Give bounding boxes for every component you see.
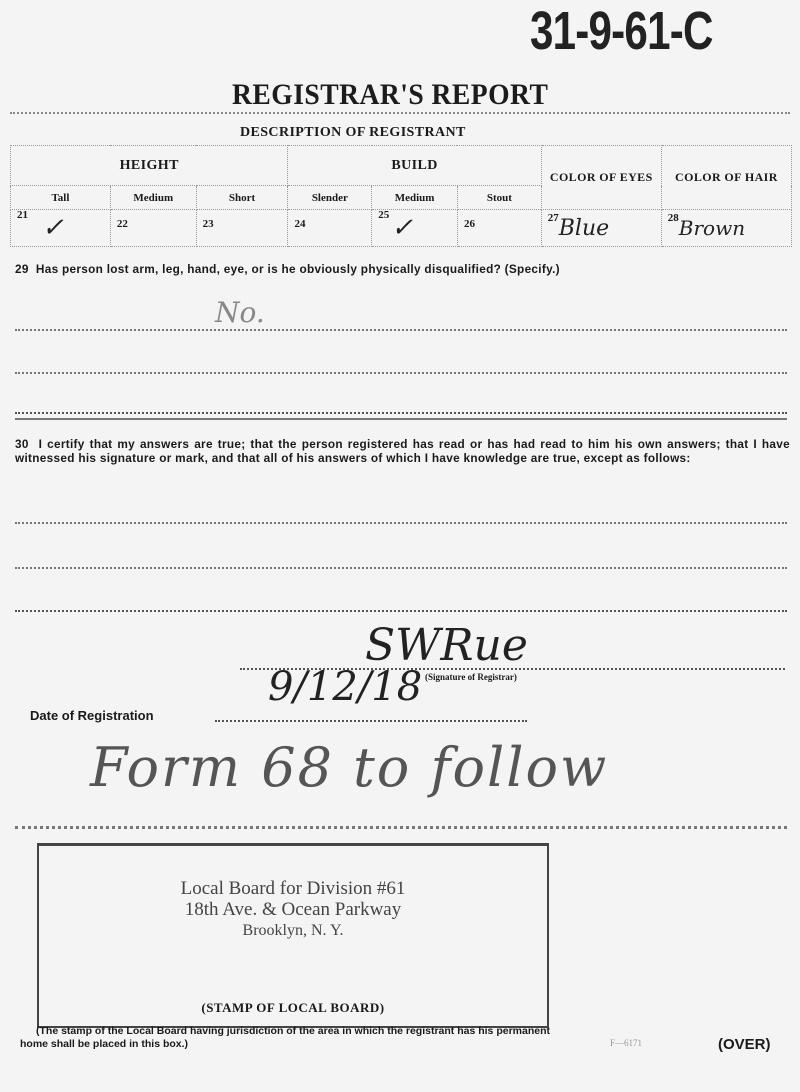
date-line bbox=[215, 720, 527, 722]
col-short: Short bbox=[196, 186, 288, 210]
description-table: HEIGHT BUILD COLOR OF EYES COLOR OF HAIR… bbox=[10, 145, 792, 247]
divider bbox=[15, 418, 787, 420]
cell-stout[interactable]: 26 bbox=[457, 210, 541, 247]
hair-color-value: Brown bbox=[679, 216, 745, 240]
col-medium-height: Medium bbox=[110, 186, 196, 210]
hair-header: COLOR OF HAIR bbox=[661, 146, 791, 210]
answer-line bbox=[15, 372, 787, 374]
footnote: (The stamp of the Local Board having jur… bbox=[20, 1025, 550, 1051]
signature-label: (Signature of Registrar) bbox=[425, 672, 517, 682]
question-29: 29 Has person lost arm, leg, hand, eye, … bbox=[15, 262, 795, 276]
page-title: REGISTRAR'S REPORT bbox=[232, 78, 548, 112]
over-label: (OVER) bbox=[718, 1036, 771, 1053]
question-30: 30 I certify that my answers are true; t… bbox=[15, 437, 790, 465]
exception-line bbox=[15, 567, 787, 569]
registration-date[interactable]: 9/12/18 bbox=[268, 664, 422, 710]
stamp-label: (STAMP OF LOCAL BOARD) bbox=[39, 1000, 547, 1016]
check-icon: ✓ bbox=[42, 213, 64, 243]
cell-medium-height[interactable]: 22 bbox=[110, 210, 196, 247]
cell-slender[interactable]: 24 bbox=[288, 210, 372, 247]
cell-hair-color[interactable]: 28Brown bbox=[661, 210, 791, 247]
handwritten-note: Form 68 to follow bbox=[90, 736, 608, 799]
eye-color-value: Blue bbox=[559, 216, 609, 241]
eyes-header: COLOR OF EYES bbox=[541, 146, 661, 210]
answer-line bbox=[15, 329, 787, 331]
cell-short[interactable]: 23 bbox=[196, 210, 288, 247]
divider bbox=[10, 112, 790, 114]
exception-line bbox=[15, 522, 787, 524]
exception-line bbox=[15, 610, 787, 612]
divider bbox=[15, 826, 787, 829]
answer-line bbox=[15, 412, 787, 414]
height-header: HEIGHT bbox=[11, 146, 288, 186]
section-title: DESCRIPTION OF REGISTRANT bbox=[240, 125, 466, 141]
col-stout: Stout bbox=[457, 186, 541, 210]
col-medium-build: Medium bbox=[372, 186, 458, 210]
cell-tall[interactable]: 21✓ bbox=[11, 210, 111, 247]
stamp-text: Local Board for Division #61 18th Ave. &… bbox=[39, 878, 547, 941]
form-code: F—6171 bbox=[610, 1038, 642, 1048]
col-slender: Slender bbox=[288, 186, 372, 210]
check-icon: ✓ bbox=[391, 213, 413, 243]
col-tall: Tall bbox=[11, 186, 111, 210]
stamp-box: Local Board for Division #61 18th Ave. &… bbox=[37, 843, 549, 1028]
question-29-answer[interactable]: No. bbox=[215, 296, 265, 329]
cell-medium-build[interactable]: 25✓ bbox=[372, 210, 458, 247]
cell-eye-color[interactable]: 27Blue bbox=[541, 210, 661, 247]
build-header: BUILD bbox=[288, 146, 541, 186]
registration-date-label: Date of Registration bbox=[30, 708, 154, 723]
serial-number: 31-9-61-C bbox=[530, 0, 713, 62]
